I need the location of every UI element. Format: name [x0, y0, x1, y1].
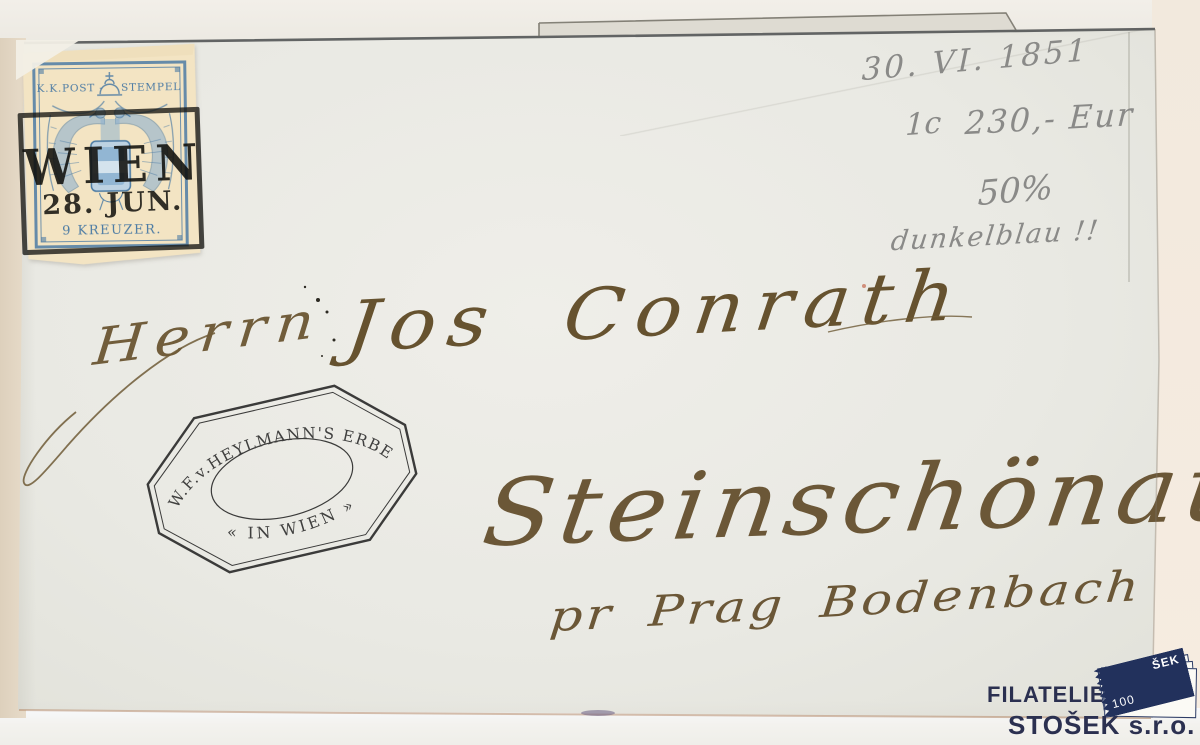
- pencil-note-type: 1c: [905, 105, 942, 143]
- svg-text:W.F.v.HEYLMANN'S ERBE: W.F.v.HEYLMANN'S ERBE: [155, 403, 400, 514]
- dealer-watermark: FILATELIE ŠEK 100 STOŠEK s.r.o.: [984, 650, 1200, 745]
- sek-100-stamp-chip-icon: ŠEK 100: [1093, 648, 1194, 719]
- handstamp-arc-text: W.F.v.HEYLMANN'S ERBE: [155, 403, 400, 514]
- paper-crease: [1128, 32, 1130, 282]
- dealer-name-line1: FILATELIE: [987, 682, 1106, 708]
- handstamp-bottom-text: « IN WIEN »: [222, 493, 362, 553]
- svg-text:« IN WIEN »: « IN WIEN »: [222, 493, 362, 553]
- scanned-cover-photo: K.K.POST - STEMPEL: [0, 0, 1200, 745]
- chip-label-sek: ŠEK: [1151, 652, 1181, 672]
- postmark-city: WIEN: [22, 137, 206, 193]
- chip-label-value: 100: [1111, 692, 1137, 711]
- pencil-note-percent: 50%: [977, 167, 1053, 214]
- scanner-background-right: [1152, 0, 1200, 745]
- stamp-header-left: K.K.POST -: [36, 82, 103, 95]
- dealer-name-line2: STOŠEK s.r.o.: [1008, 710, 1195, 741]
- stamp-header-right: STEMPEL: [121, 81, 181, 94]
- wien-boxed-postmark: WIEN 28. JUN.: [18, 107, 205, 255]
